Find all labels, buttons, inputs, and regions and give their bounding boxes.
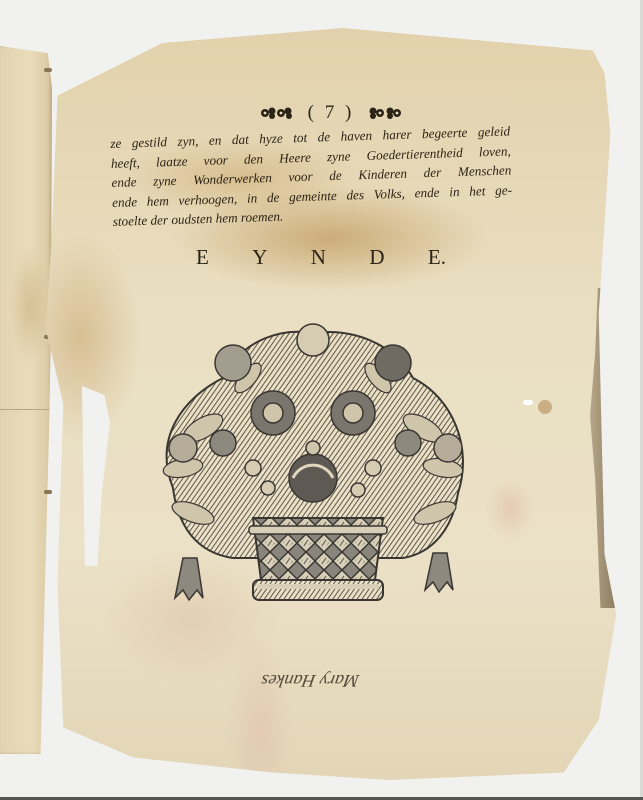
torn-hole bbox=[82, 386, 110, 566]
floral-ornament-icon bbox=[259, 106, 295, 120]
damaged-right-edge bbox=[590, 288, 616, 608]
finis-letter: E. bbox=[428, 245, 446, 270]
finis-letter: D bbox=[369, 245, 384, 270]
fold-crease bbox=[0, 409, 52, 410]
left-adjacent-leaf bbox=[0, 46, 52, 754]
binding-stitch bbox=[44, 490, 52, 494]
floral-ornament-icon bbox=[367, 106, 403, 120]
finis-letter: N bbox=[311, 245, 326, 270]
page-number: ( 7 ) bbox=[308, 102, 355, 123]
water-stain bbox=[10, 246, 50, 366]
binding-stitch bbox=[44, 68, 52, 72]
flower-basket-woodcut bbox=[153, 318, 473, 618]
paper-hole bbox=[523, 400, 533, 405]
basket bbox=[249, 518, 387, 600]
finis-letter: Y bbox=[252, 245, 267, 270]
finis-letter: E bbox=[196, 245, 209, 270]
finis-heading: E Y N D E. bbox=[196, 245, 446, 270]
document-page: ( 7 ) ze gestild zyn, en dat hyze tot de… bbox=[40, 28, 622, 780]
handwritten-inscription: Mary Hankes bbox=[198, 670, 422, 691]
foxing-spot bbox=[538, 400, 552, 414]
body-text: ze gestild zyn, en dat hyze tot de haven… bbox=[110, 121, 513, 231]
page-header: ( 7 ) bbox=[40, 102, 622, 124]
